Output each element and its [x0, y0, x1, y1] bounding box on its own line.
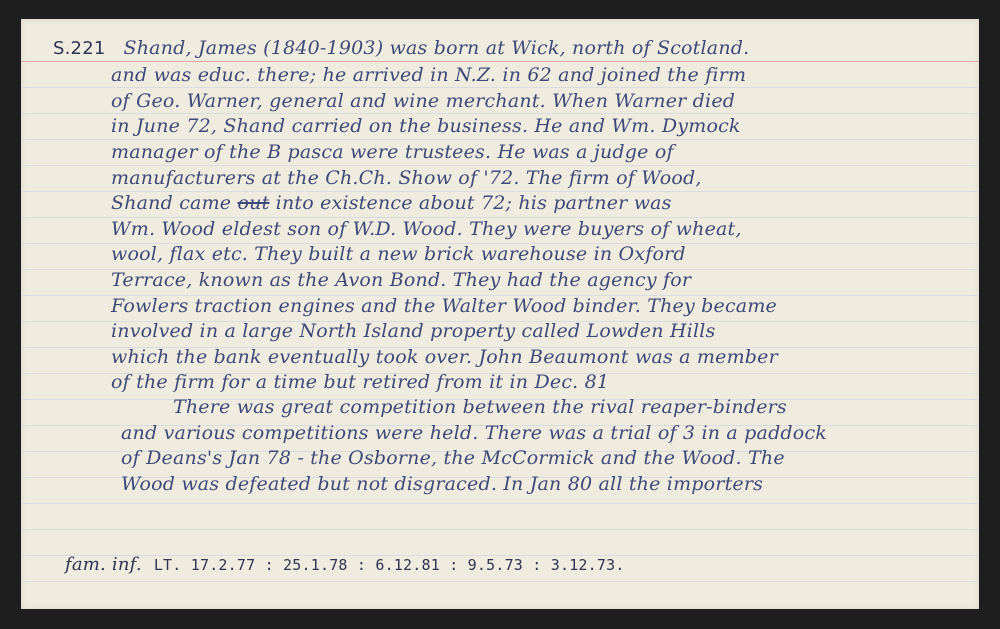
sources-label: fam. inf.	[65, 554, 142, 575]
source-references: LT. 17.2.77 : 25.1.78 : 6.12.81 : 9.5.73…	[154, 556, 625, 574]
ruled-line	[21, 581, 979, 582]
text-line: which the bank eventually took over. Joh…	[111, 345, 778, 369]
text-line: and various competitions were held. Ther…	[121, 421, 827, 445]
text-line: wool, flax etc. They built a new brick w…	[111, 242, 686, 266]
text-line: of Geo. Warner, general and wine merchan…	[111, 89, 735, 113]
text-line: manufacturers at the Ch.Ch. Show of '72.…	[111, 166, 702, 190]
text-line: Fowlers traction engines and the Walter …	[111, 294, 777, 318]
text-line: manager of the B pasca were trustees. He…	[111, 140, 674, 164]
reference-code: S.221	[53, 38, 106, 59]
text-line: involved in a large North Island propert…	[111, 319, 715, 343]
text-line: in June 72, Shand carried on the busines…	[111, 114, 741, 138]
paragraph-start-line: There was great competition between the …	[173, 395, 787, 419]
card-heading-line: S.221Shand, James (1840-1903) was born a…	[53, 36, 749, 61]
text-line: and was educ. there; he arrived in N.Z. …	[111, 63, 746, 87]
text-line: of the firm for a time but retired from …	[111, 370, 609, 394]
text-line: Wm. Wood eldest son of W.D. Wood. They w…	[111, 217, 742, 241]
ruled-line	[21, 503, 979, 504]
text-line: of Deans's Jan 78 - the Osborne, the McC…	[121, 446, 785, 470]
ruled-line	[21, 87, 979, 88]
header-rule	[21, 61, 979, 62]
index-card: S.221Shand, James (1840-1903) was born a…	[21, 19, 979, 609]
struck-word: out	[238, 192, 270, 214]
card-heading: Shand, James (1840-1903) was born at Wic…	[124, 37, 750, 59]
ruled-line	[21, 529, 979, 530]
text-line: Shand came out into existence about 72; …	[111, 191, 672, 215]
text-line: Wood was defeated but not disgraced. In …	[121, 472, 763, 496]
text-line: Terrace, known as the Avon Bond. They ha…	[111, 268, 691, 292]
sources-line: fam. inf.LT. 17.2.77 : 25.1.78 : 6.12.81…	[65, 553, 625, 577]
